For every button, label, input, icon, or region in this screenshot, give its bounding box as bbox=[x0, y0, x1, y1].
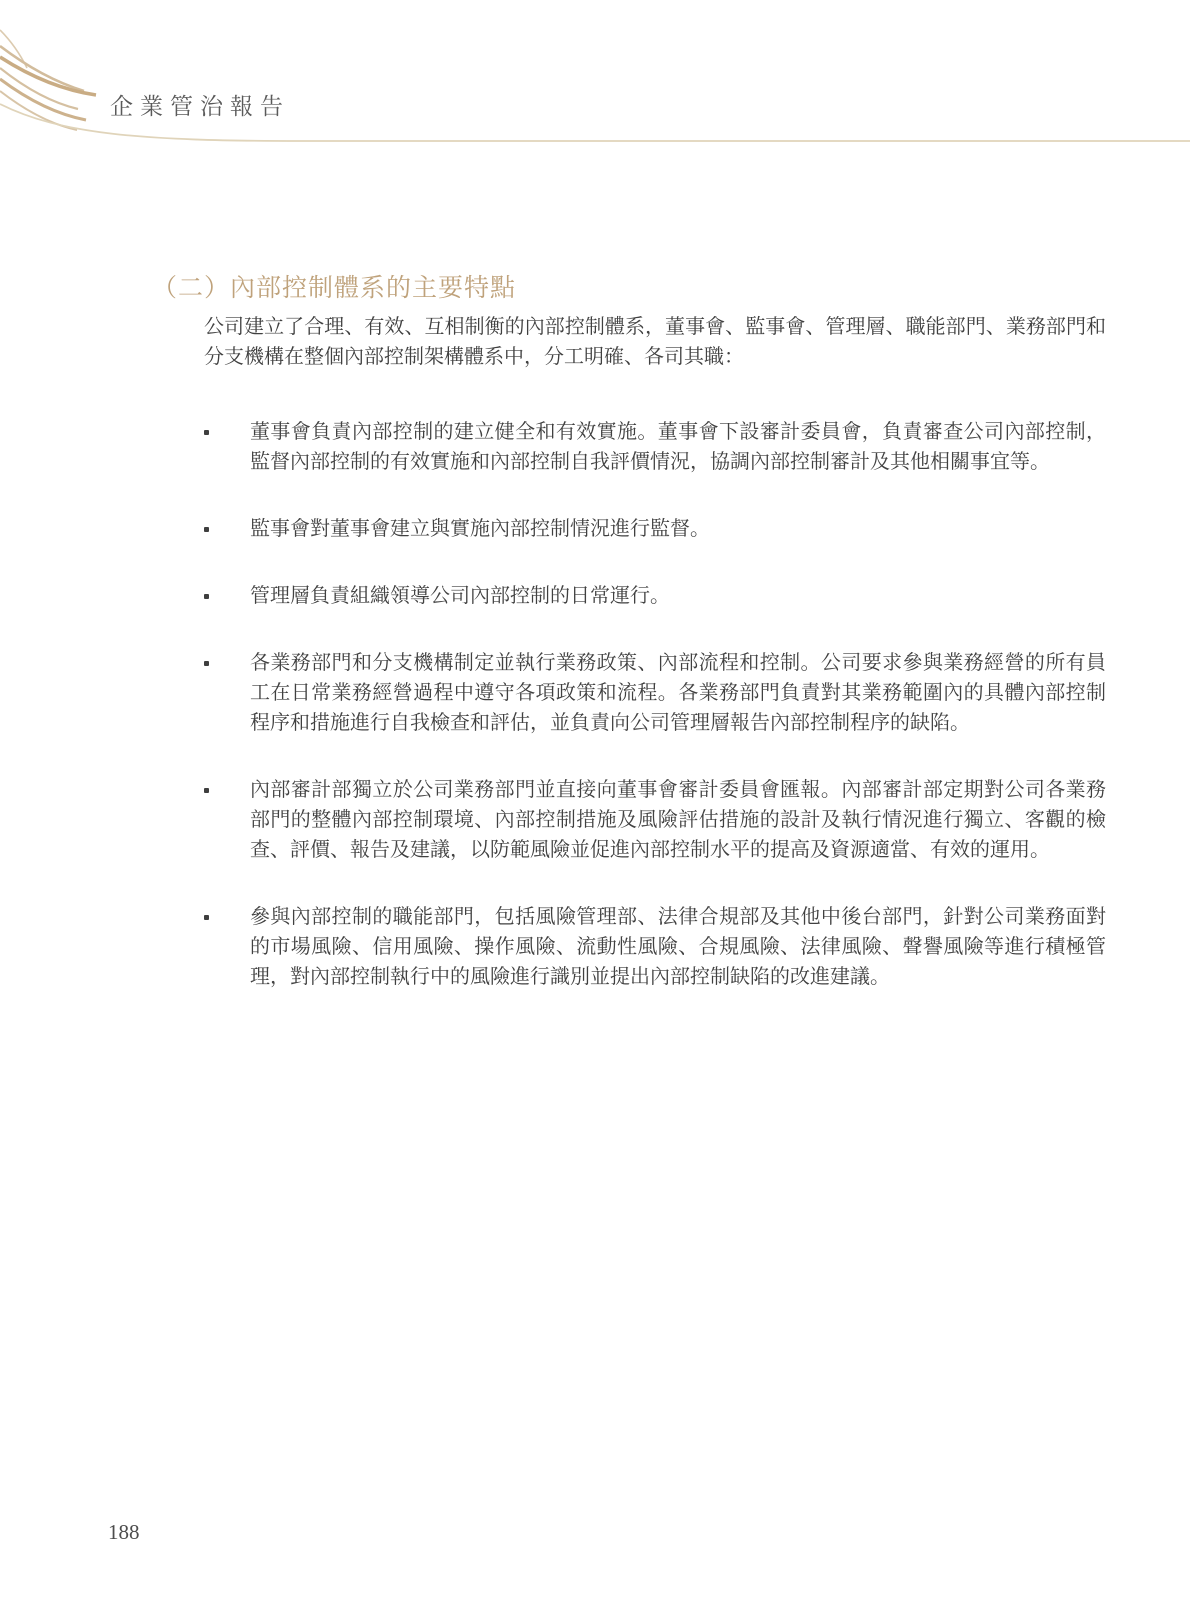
bullet-item-functional-depts: 參與內部控制的職能部門，包括風險管理部、法律合規部及其他中後台部門，針對公司業務… bbox=[204, 902, 1106, 992]
page-number: 188 bbox=[108, 1520, 140, 1545]
bullet-text: 監事會對董事會建立與實施內部控制情況進行監督。 bbox=[250, 514, 1106, 544]
bullet-text: 管理層負責組織領導公司內部控制的日常運行。 bbox=[250, 581, 1106, 611]
content-area: （二）內部控制體系的主要特點 公司建立了合理、有效、互相制衡的內部控制體系，董事… bbox=[152, 272, 1106, 992]
bullet-item-board: 董事會負責內部控制的建立健全和有效實施。董事會下設審計委員會，負責審查公司內部控… bbox=[204, 417, 1106, 477]
report-page: 企業管治報告 （二）內部控制體系的主要特點 公司建立了合理、有效、互相制衡的內部… bbox=[0, 0, 1190, 1615]
bullet-item-business-units: 各業務部門和分支機構制定並執行業務政策、內部流程和控制。公司要求參與業務經營的所… bbox=[204, 648, 1106, 738]
bullet-dot-icon bbox=[204, 775, 250, 865]
bullet-item-management: 管理層負責組織領導公司內部控制的日常運行。 bbox=[204, 581, 1106, 611]
bullet-text: 董事會負責內部控制的建立健全和有效實施。董事會下設審計委員會，負責審查公司內部控… bbox=[250, 417, 1106, 477]
section-heading: （二）內部控制體系的主要特點 bbox=[152, 272, 1106, 304]
bullet-dot-icon bbox=[204, 902, 250, 992]
bullet-item-internal-audit: 內部審計部獨立於公司業務部門並直接向董事會審計委員會匯報。內部審計部定期對公司各… bbox=[204, 775, 1106, 865]
bullet-text: 參與內部控制的職能部門，包括風險管理部、法律合規部及其他中後台部門，針對公司業務… bbox=[250, 902, 1106, 992]
bullet-item-supervisors: 監事會對董事會建立與實施內部控制情況進行監督。 bbox=[204, 514, 1106, 544]
bullet-text: 內部審計部獨立於公司業務部門並直接向董事會審計委員會匯報。內部審計部定期對公司各… bbox=[250, 775, 1106, 865]
bullet-list: 董事會負責內部控制的建立健全和有效實施。董事會下設審計委員會，負責審查公司內部控… bbox=[204, 417, 1106, 992]
bullet-dot-icon bbox=[204, 648, 250, 738]
bullet-text: 各業務部門和分支機構制定並執行業務政策、內部流程和控制。公司要求參與業務經營的所… bbox=[250, 648, 1106, 738]
bullet-dot-icon bbox=[204, 417, 250, 477]
intro-paragraph: 公司建立了合理、有效、互相制衡的內部控制體系，董事會、監事會、管理層、職能部門、… bbox=[204, 312, 1106, 372]
bullet-dot-icon bbox=[204, 514, 250, 544]
bullet-dot-icon bbox=[204, 581, 250, 611]
page-title: 企業管治報告 bbox=[110, 88, 290, 121]
corner-swoosh-decoration bbox=[0, 0, 1190, 160]
